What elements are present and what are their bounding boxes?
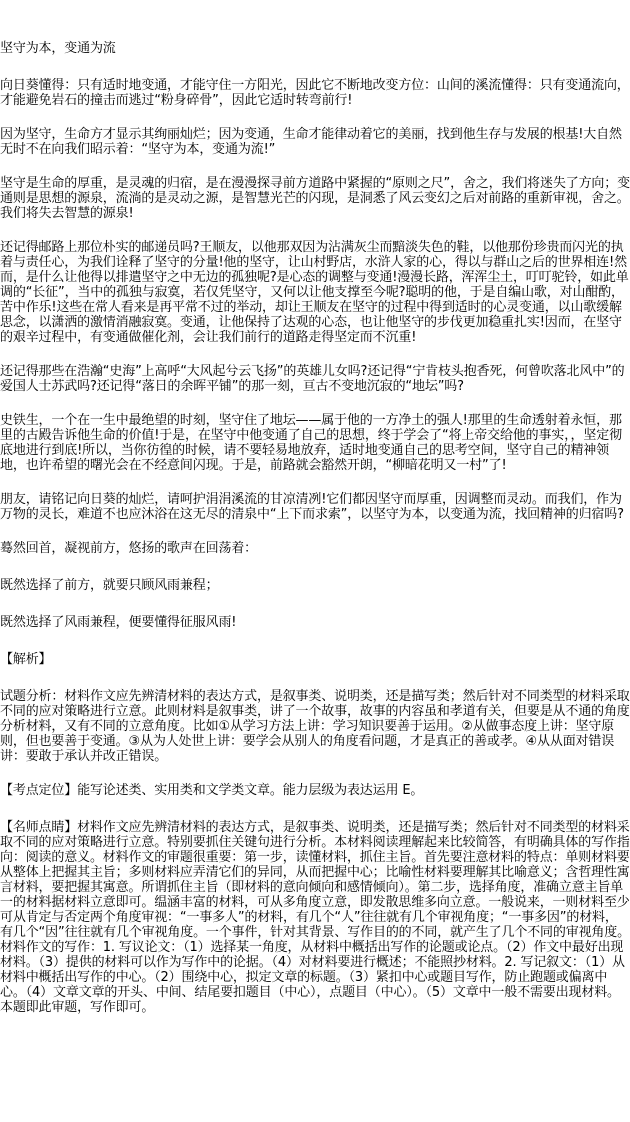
teacher-note: 【名师点睛】材料作文应先辨清材料的表达方式，是叙事类、说明类，还是描写类；然后针… [0,820,630,1015]
essay-paragraph-9: 既然选择了前方，就要只顾风雨兼程； [0,578,630,593]
essay-paragraph-2: 因为坚守，生命方才显示其绚丽灿烂；因为变通，生命才能律动着它的美丽，找到他生存与… [0,127,630,157]
document: 坚守为本，变通为流 向日葵懂得：只有适时地变通，才能守住一方阳光，因此它不断地改… [0,0,630,1015]
essay-title: 坚守为本，变通为流 [0,41,630,56]
essay-paragraph-8: 蓦然回首，凝视前方，悠扬的歌声在回荡着： [0,541,630,556]
essay-paragraph-1: 向日葵懂得：只有适时地变通，才能守住一方阳光，因此它不断地改变方位：山间的溪流懂… [0,78,630,108]
exam-point-text: 能写论述类、实用类和文学类文章。能力层级为表达运用 E。 [77,783,423,798]
essay-paragraph-6: 史铁生，一个在一生中最绝望的时刻，坚守住了地坛——属于他的一方净土的强人!那里的… [0,413,630,473]
analysis-heading: 【解析】 [0,652,630,667]
teacher-note-text: 材料作文应先辨清材料的表达方式，是叙事类、说明类，还是描写类；然后针对不同类型的… [0,820,630,1015]
teacher-note-label: 【名师点睛】 [0,820,77,835]
essay-paragraph-7: 朋友，请铭记向日葵的灿烂，请呵护涓涓溪流的甘凉清冽!它们都因坚守而厚重，因调整而… [0,492,630,522]
essay-paragraph-10: 既然选择了风雨兼程，便要懂得征服风雨! [0,615,630,630]
essay-paragraph-3: 坚守是生命的厚重，是灵魂的归宿，是在漫漫探寻前方道路中紧握的“原则之尺”，舍之，… [0,176,630,221]
analysis-body: 试题分析：材料作文应先辨清材料的表达方式，是叙事类、说明类，还是描写类；然后针对… [0,689,630,764]
essay-paragraph-4: 还记得邮路上那位朴实的邮递员吗?王顺友，以他那双因为沾满灰尘而黯淡失色的鞋，以他… [0,240,630,345]
exam-point-label: 【考点定位】 [0,783,77,798]
essay-paragraph-5: 还记得那些在浩瀚“史海”上高呼“大风起兮云飞扬”的英雄儿女吗?还记得“宁肯枝头抱… [0,364,630,394]
exam-point: 【考点定位】能写论述类、实用类和文学类文章。能力层级为表达运用 E。 [0,783,630,798]
